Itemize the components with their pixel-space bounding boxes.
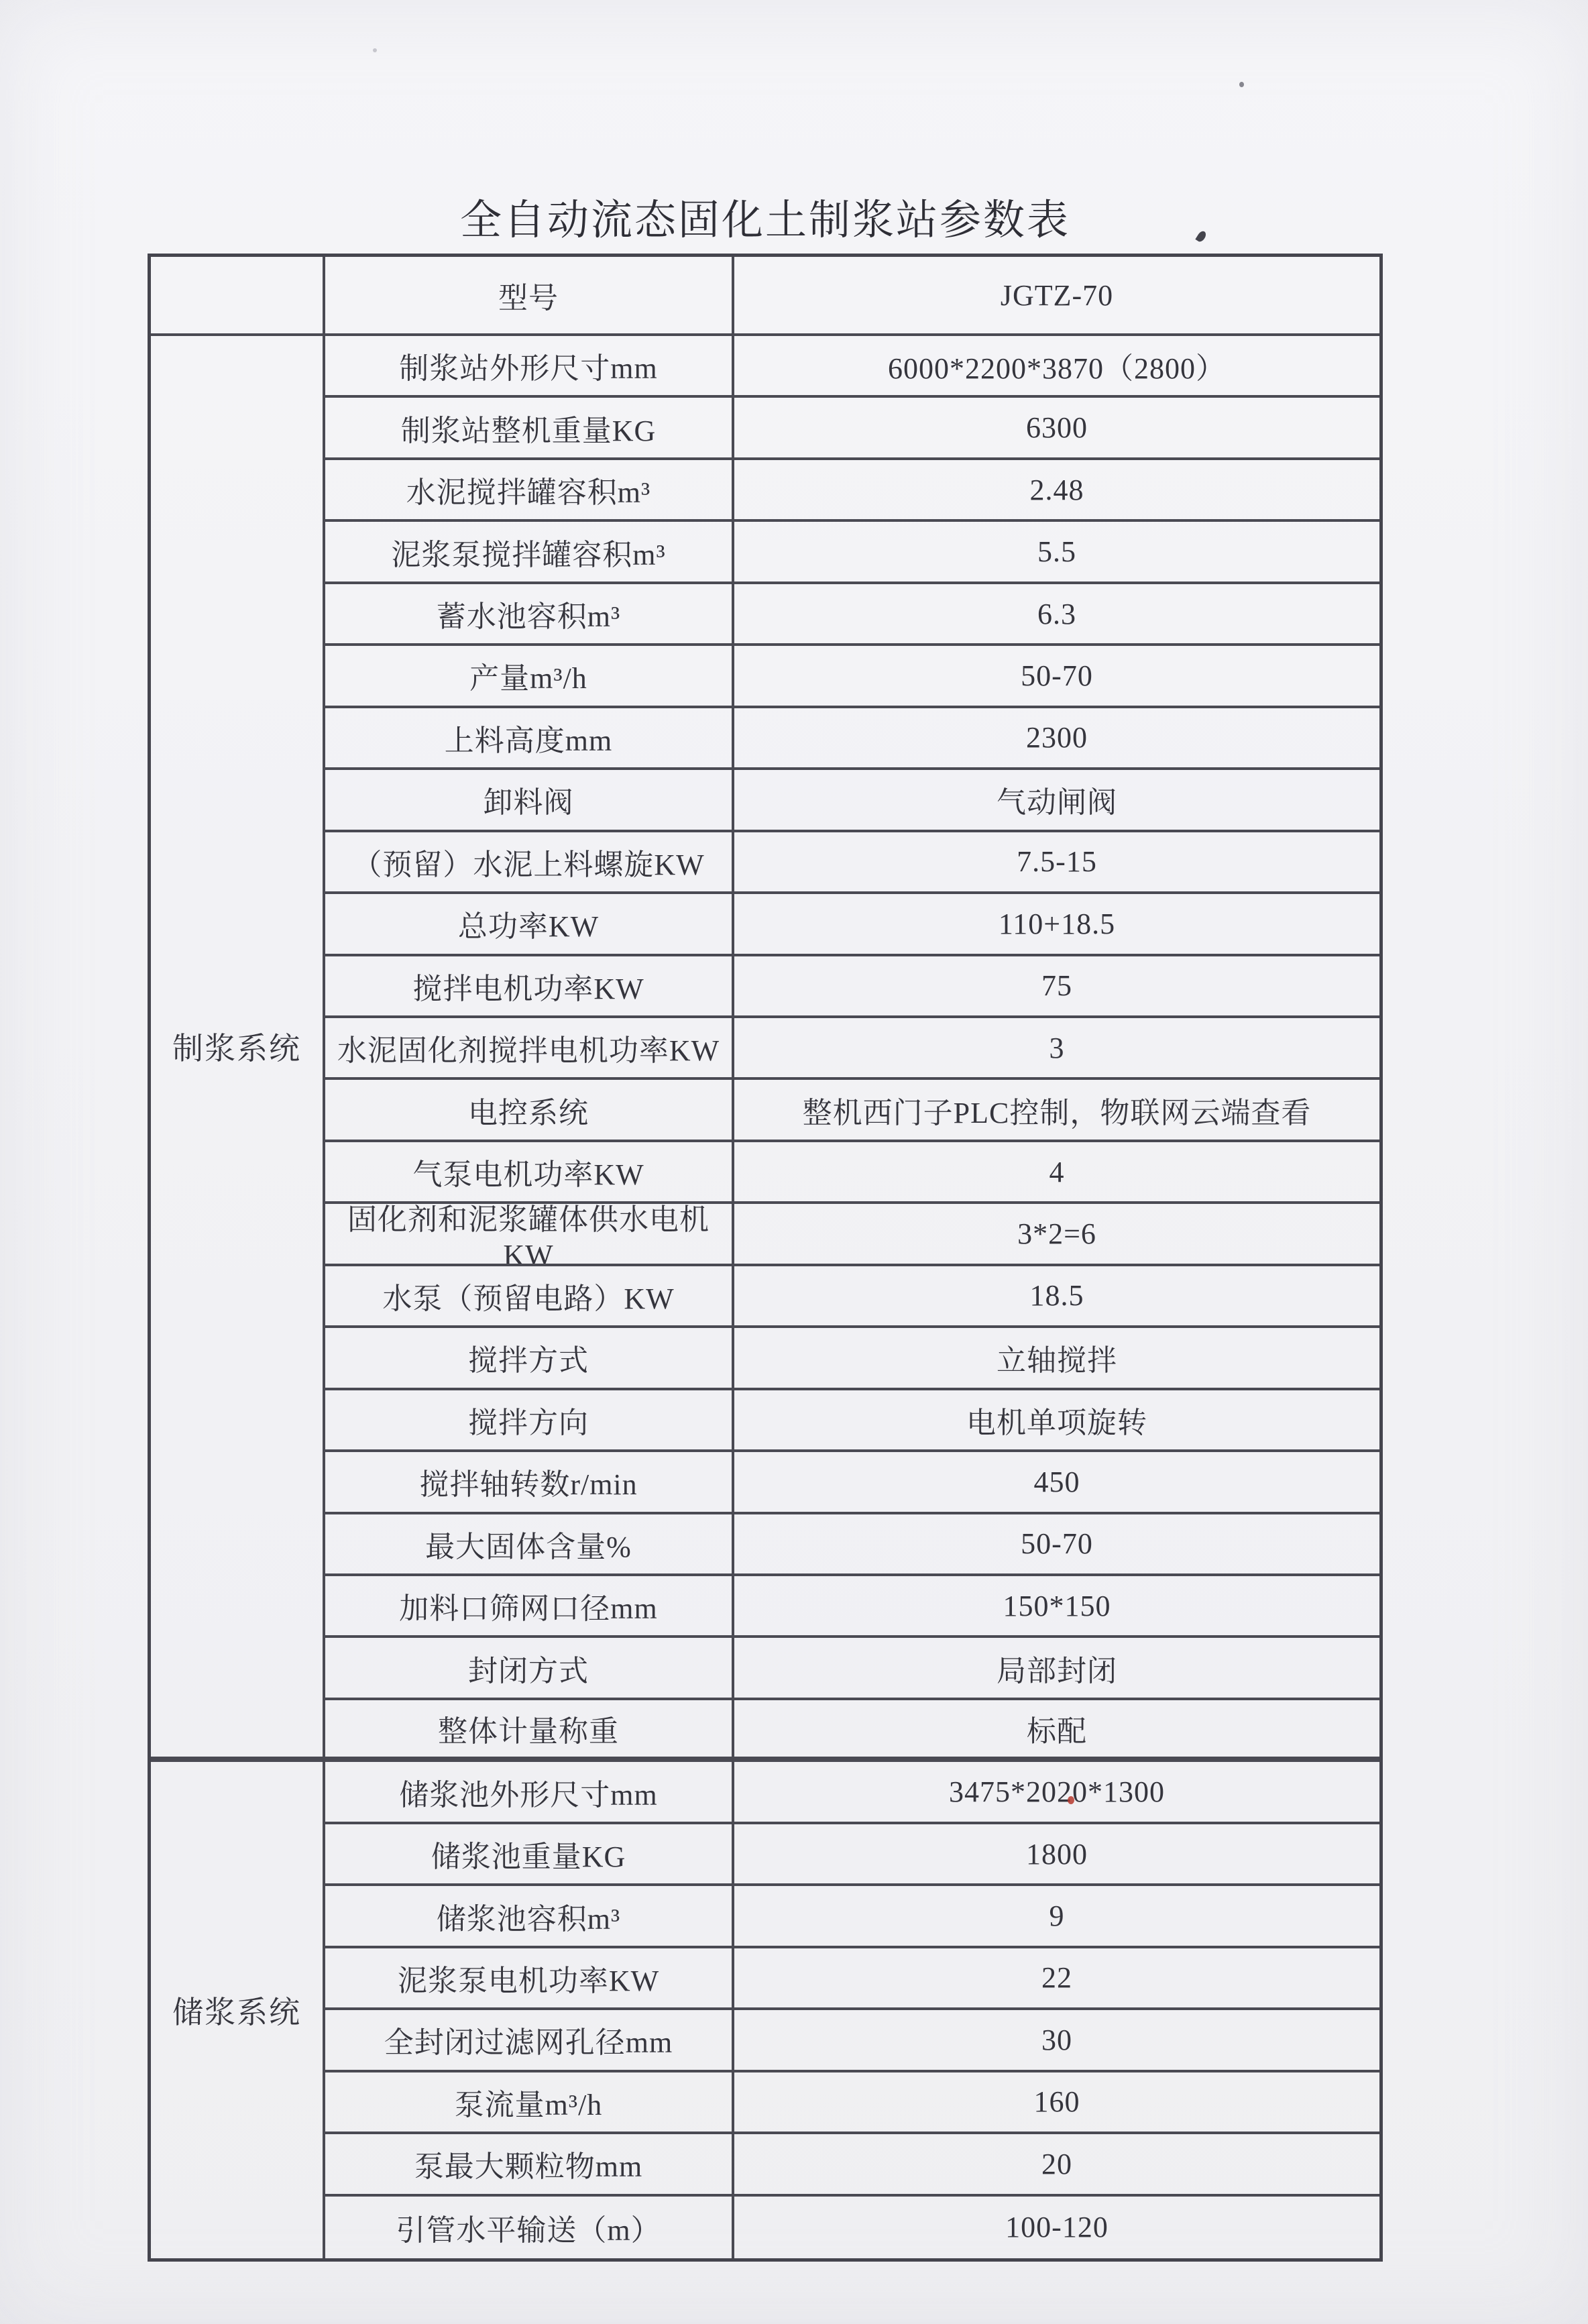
- param-value-cell: 3: [734, 1018, 1379, 1080]
- param-label-cell: 泵最大颗粒物mm: [325, 2134, 734, 2196]
- model-label-cell: 型号: [325, 257, 734, 336]
- spec-table: 型号 JGTZ-70 制浆系统制浆站外形尺寸mm6000*2200*3870（2…: [148, 254, 1383, 2262]
- param-value-cell: 电机单项旋转: [734, 1390, 1379, 1452]
- param-label-cell: 搅拌方向: [325, 1390, 734, 1452]
- param-label-cell: 搅拌方式: [325, 1328, 734, 1390]
- param-value-cell: 2.48: [734, 460, 1379, 522]
- param-value-cell: 4: [734, 1142, 1379, 1204]
- param-value-cell: 22: [734, 1948, 1379, 2010]
- param-value-cell: 100-120: [734, 2197, 1379, 2258]
- param-value-cell: 50-70: [734, 1514, 1379, 1576]
- param-value-cell: 整机西门子PLC控制，物联网云端查看: [734, 1080, 1379, 1142]
- param-value-cell: 3475*2020*1300: [734, 1762, 1379, 1824]
- param-value-cell: 5.5: [734, 522, 1379, 584]
- param-label-cell: 储浆池重量KG: [325, 1824, 734, 1886]
- param-value-cell: 110+18.5: [734, 894, 1379, 956]
- param-value-cell: 75: [734, 956, 1379, 1018]
- param-label-cell: 水泵（预留电路）KW: [325, 1266, 734, 1328]
- scanned-spec-sheet: { "page": { "title": "全自动流态固化土制浆站参数表" },…: [0, 0, 1588, 2324]
- param-value-cell: 18.5: [734, 1266, 1379, 1328]
- model-value-cell: JGTZ-70: [734, 257, 1379, 336]
- param-label-cell: 气泵电机功率KW: [325, 1142, 734, 1204]
- param-label-cell: 泵流量m³/h: [325, 2072, 734, 2134]
- scan-artifact-gray-dot: [1239, 82, 1244, 87]
- param-value-cell: 6.3: [734, 584, 1379, 646]
- param-label-cell: （预留）水泥上料螺旋KW: [325, 832, 734, 894]
- scan-artifact-red-dot: [1068, 1796, 1074, 1804]
- param-value-cell: 2300: [734, 708, 1379, 770]
- param-value-cell: 1800: [734, 1824, 1379, 1886]
- param-value-cell: 50-70: [734, 646, 1379, 708]
- scan-artifact-speck: [373, 48, 377, 52]
- param-label-cell: 水泥搅拌罐容积m³: [325, 460, 734, 522]
- param-value-cell: 标配: [734, 1700, 1379, 1762]
- param-label-cell: 上料高度mm: [325, 708, 734, 770]
- param-value-cell: 150*150: [734, 1576, 1379, 1638]
- param-label-cell: 最大固体含量%: [325, 1514, 734, 1576]
- param-label-cell: 储浆池外形尺寸mm: [325, 1762, 734, 1824]
- section-label: 制浆系统: [151, 336, 325, 1762]
- param-label-cell: 封闭方式: [325, 1638, 734, 1700]
- param-value-cell: 立轴搅拌: [734, 1328, 1379, 1390]
- param-value-cell: 气动闸阀: [734, 770, 1379, 832]
- param-label-cell: 卸料阀: [325, 770, 734, 832]
- param-label-cell: 搅拌电机功率KW: [325, 956, 734, 1018]
- param-value-cell: 7.5-15: [734, 832, 1379, 894]
- param-value-cell: 30: [734, 2010, 1379, 2072]
- param-value-cell: 3*2=6: [734, 1204, 1379, 1266]
- param-value-cell: 160: [734, 2072, 1379, 2134]
- param-label-cell: 水泥固化剂搅拌电机功率KW: [325, 1018, 734, 1080]
- param-label-cell: 总功率KW: [325, 894, 734, 956]
- param-label-cell: 引管水平输送（m）: [325, 2197, 734, 2258]
- param-label-cell: 制浆站外形尺寸mm: [325, 336, 734, 398]
- param-value-cell: 6300: [734, 398, 1379, 459]
- corner-empty-cell: [151, 257, 325, 336]
- param-value-cell: 6000*2200*3870（2800）: [734, 336, 1379, 398]
- param-label-cell: 固化剂和泥浆罐体供水电机KW: [325, 1204, 734, 1266]
- param-label-cell: 储浆池容积m³: [325, 1886, 734, 1948]
- param-label-cell: 泥浆泵电机功率KW: [325, 1948, 734, 2010]
- param-label-cell: 整体计量称重: [325, 1700, 734, 1762]
- param-label-cell: 全封闭过滤网孔径mm: [325, 2010, 734, 2072]
- param-label-cell: 加料口筛网口径mm: [325, 1576, 734, 1638]
- param-label-cell: 电控系统: [325, 1080, 734, 1142]
- param-label-cell: 搅拌轴转数r/min: [325, 1452, 734, 1514]
- param-value-cell: 450: [734, 1452, 1379, 1514]
- param-label-cell: 泥浆泵搅拌罐容积m³: [325, 522, 734, 584]
- param-label-cell: 产量m³/h: [325, 646, 734, 708]
- param-value-cell: 20: [734, 2134, 1379, 2196]
- param-label-cell: 蓄水池容积m³: [325, 584, 734, 646]
- param-value-cell: 9: [734, 1886, 1379, 1948]
- param-label-cell: 制浆站整机重量KG: [325, 398, 734, 459]
- document-page: 全自动流态固化土制浆站参数表 型号 JGTZ-70 制浆系统制浆站外形尺寸mm6…: [0, 0, 1588, 2324]
- param-value-cell: 局部封闭: [734, 1638, 1379, 1700]
- section-label: 储浆系统: [151, 1762, 325, 2258]
